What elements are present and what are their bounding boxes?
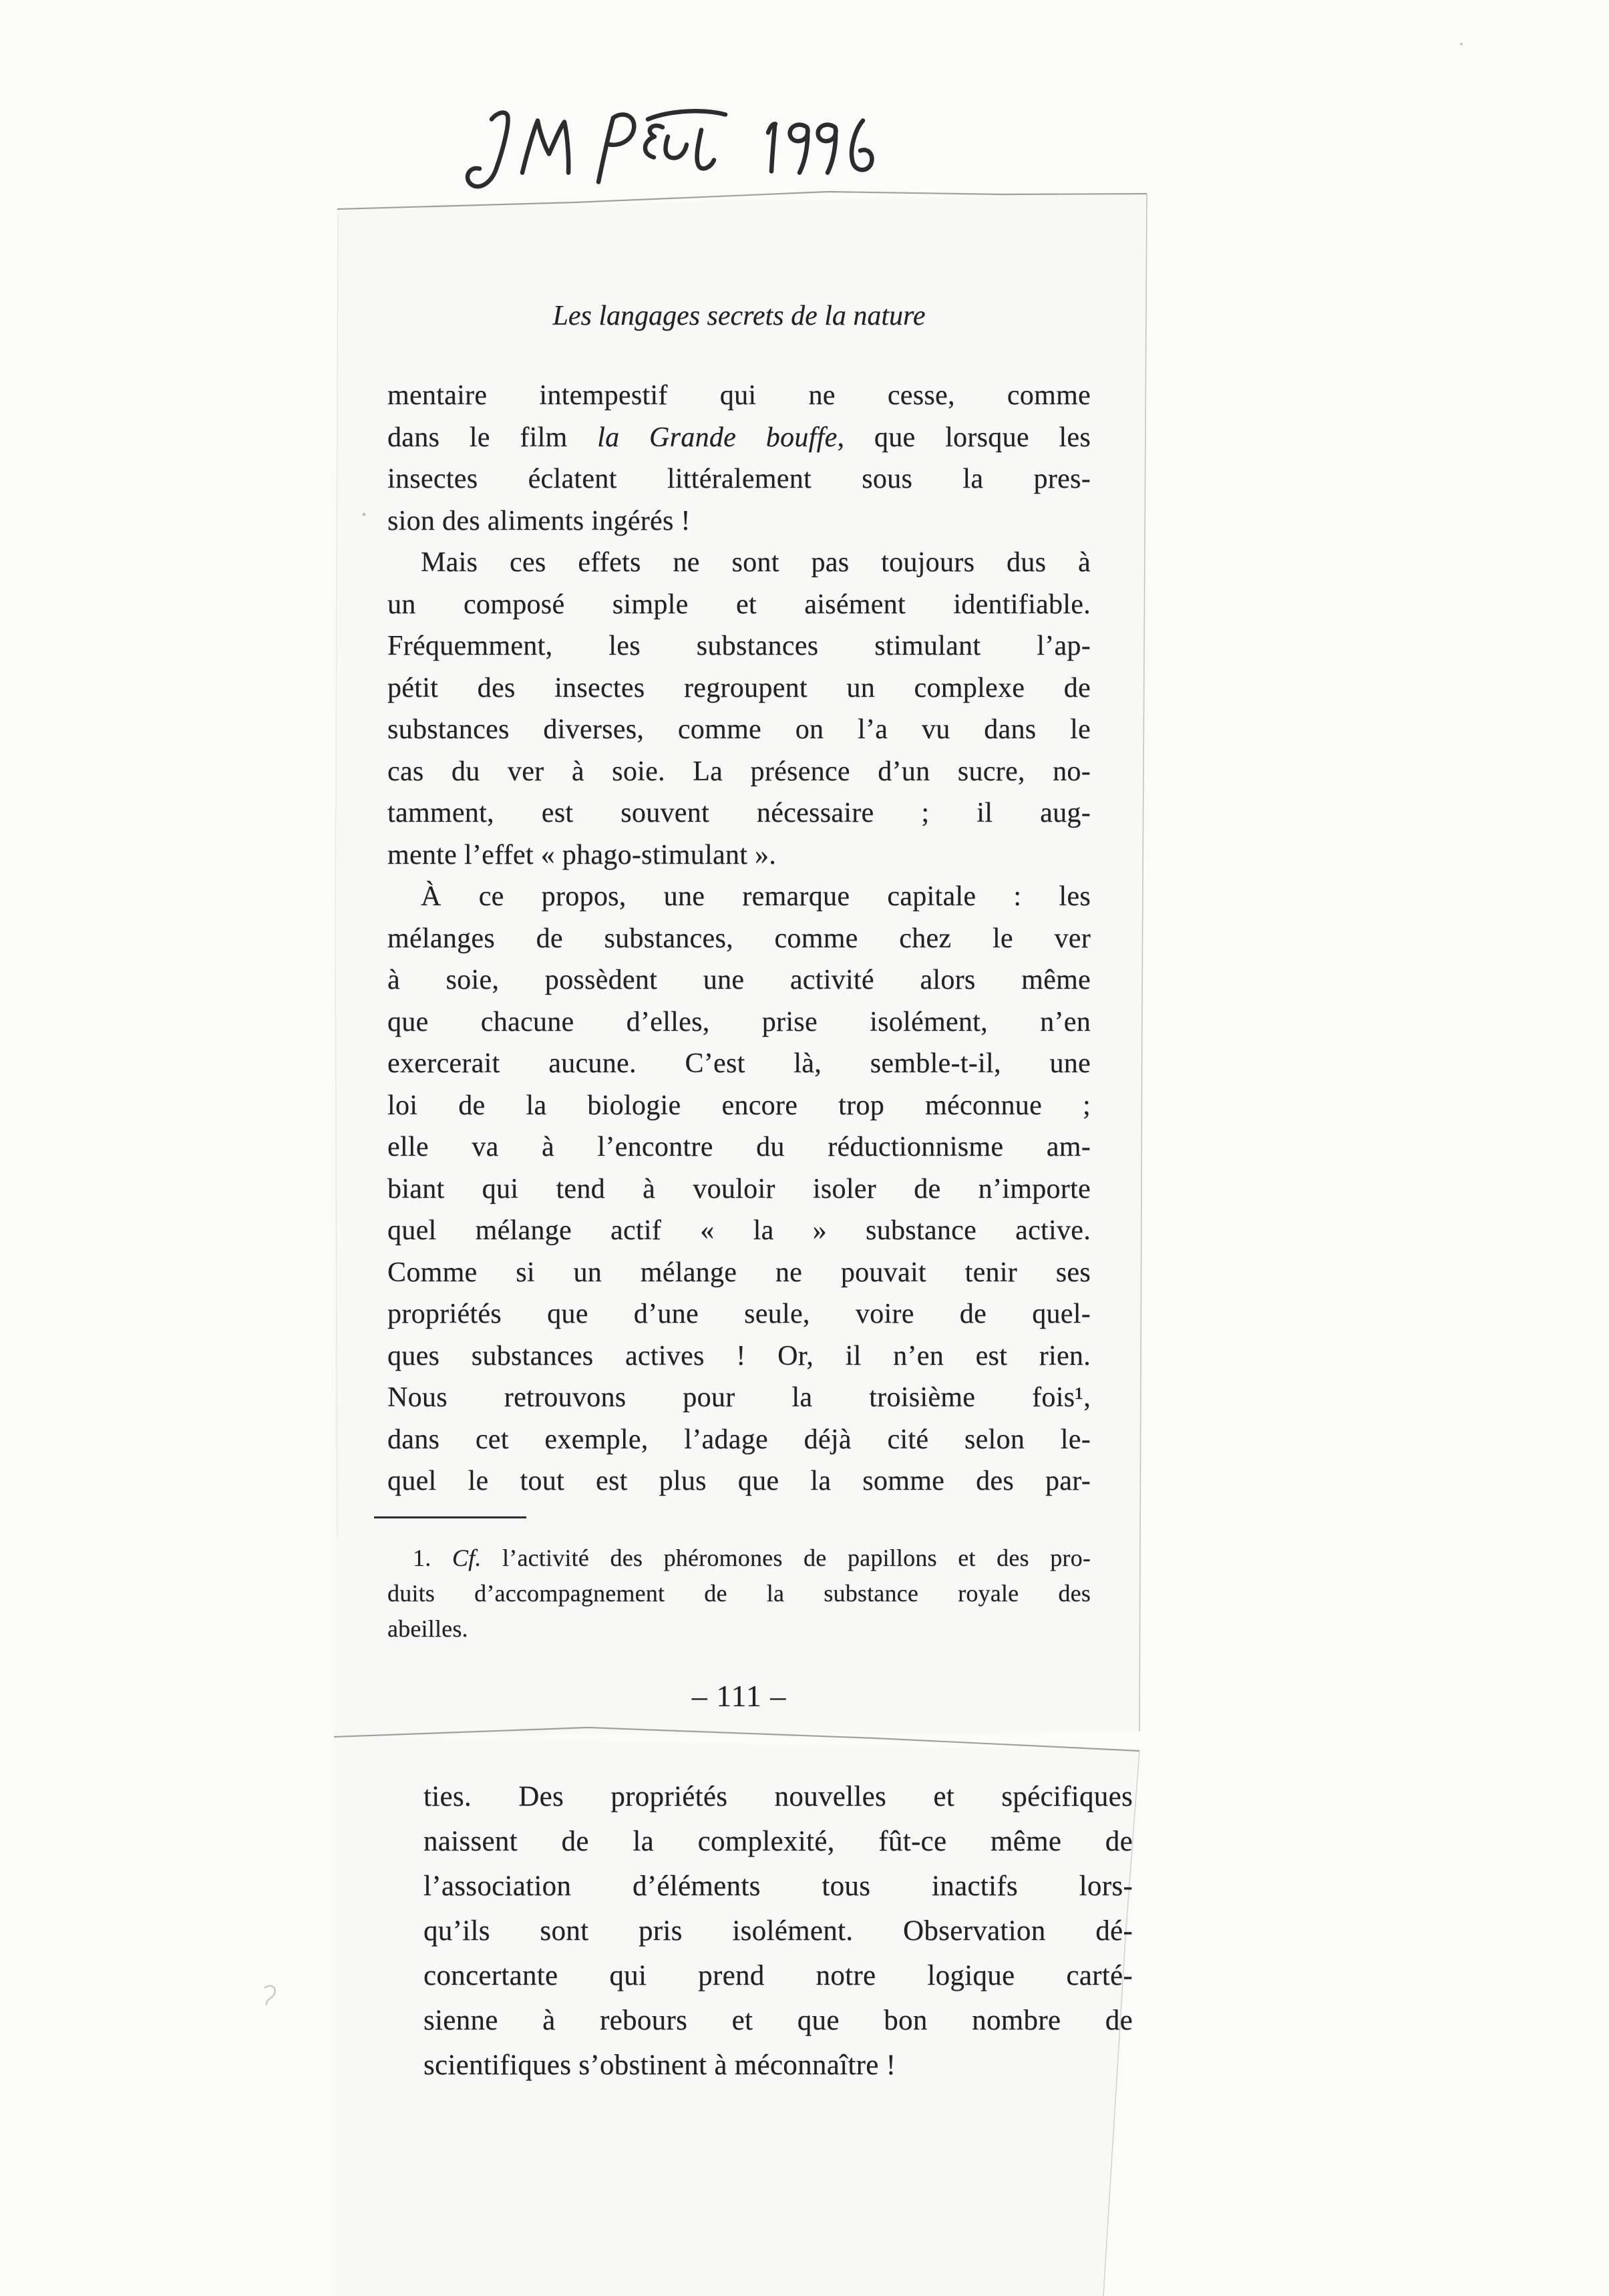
body-line: propriétés que d’une seule, voire de que… [387, 1293, 1091, 1335]
handwritten-annotation [427, 92, 895, 216]
letter-M [522, 121, 568, 173]
letter-E [645, 126, 663, 157]
body-line: Fréquemment, les substances stimulant l’… [387, 625, 1091, 667]
ink-speck [363, 513, 366, 516]
body-line: elle va à l’encontre du réductionnisme a… [387, 1126, 1091, 1168]
body-line: ques substances actives ! Or, il n’en es… [387, 1335, 1091, 1377]
digit-6 [852, 121, 872, 170]
body-line: scientifiques s’obstinent à méconnaître … [423, 2043, 1133, 2088]
body-line: dans le film la Grande bouffe, que lorsq… [387, 417, 1091, 459]
footnote: 1. Cf. l’activité des phéromones de papi… [387, 1540, 1091, 1647]
body-line: que chacune d’elles, prise isolément, n’… [387, 1001, 1091, 1043]
body-line: Mais ces effets ne sont pas toujours dus… [387, 542, 1091, 584]
digit-9 [790, 125, 808, 173]
body-line: cas du ver à soie. La présence d’un sucr… [387, 751, 1091, 793]
footnote-line: 1. Cf. l’activité des phéromones de papi… [387, 1540, 1091, 1576]
body-line: à soie, possèdent une activité alors mêm… [387, 959, 1091, 1001]
clipping-2-text: ties. Des propriétés nouvelles et spécif… [423, 1774, 1133, 2088]
body-line: Nous retrouvons pour la troisième fois¹, [387, 1377, 1091, 1419]
body-line: exercerait aucune. C’est là, semble-t-il… [387, 1043, 1091, 1085]
body-line: mentaire intempestif qui ne cesse, comme [387, 375, 1091, 417]
digit-9 [818, 125, 836, 173]
letter-T-bar [648, 111, 725, 119]
body-line: un composé simple et aisément identifiab… [387, 584, 1091, 626]
body-line: ties. Des propriétés nouvelles et spécif… [423, 1774, 1133, 1819]
body-line: concertante qui prend notre logique cart… [423, 1953, 1133, 1998]
clipping-1-text: mentaire intempestif qui ne cesse, comme… [387, 375, 1091, 1502]
scanned-page: Les langages secrets de la nature mentai… [0, 0, 1609, 2296]
body-line: pétit des insectes regroupent un complex… [387, 667, 1091, 709]
body-line: Comme si un mélange ne pouvait tenir ses [387, 1252, 1091, 1294]
body-line: sienne à rebours et que bon nombre de [423, 1998, 1133, 2043]
body-line: naissent de la complexité, fût-ce même d… [423, 1819, 1133, 1864]
body-line: l’association d’éléments tous inactifs l… [423, 1864, 1133, 1909]
letter-P [598, 115, 634, 182]
italic-cf: Cf. [452, 1544, 482, 1571]
footnote-rule [374, 1516, 526, 1518]
body-line: substances diverses, comme on l’a vu dan… [387, 709, 1091, 751]
body-line: quel mélange actif « la » substance acti… [387, 1210, 1091, 1252]
body-line: dans cet exemple, l’adage déjà cité selo… [387, 1419, 1091, 1461]
body-line: qu’ils sont pris isolément. Observation … [423, 1909, 1133, 1953]
body-line: quel le tout est plus que la somme des p… [387, 1460, 1091, 1502]
digit-1 [771, 126, 775, 172]
body-line: tamment, est souvent nécessaire ; il aug… [387, 792, 1091, 834]
letter-L [666, 137, 687, 158]
body-line: sion des aliments ingérés ! [387, 500, 1091, 542]
ink-speck [1460, 43, 1463, 45]
letter-T-stem [697, 130, 714, 169]
page-number: – 111 – [387, 1678, 1091, 1713]
body-line: mente l’effet « phago-stimulant ». [387, 834, 1091, 876]
footnote-line: abeilles. [387, 1611, 1091, 1647]
body-line: loi de la biologie encore trop méconnue … [387, 1085, 1091, 1127]
running-head: Les langages secrets de la nature [387, 299, 1091, 333]
stray-pencil-mark [264, 1986, 275, 2005]
footnote-line: duits d’accompagnement de la substance r… [387, 1576, 1091, 1611]
body-line: biant qui tend à vouloir isoler de n’imp… [387, 1168, 1091, 1210]
letter-J [468, 112, 508, 186]
body-line: À ce propos, une remarque capitale : les [387, 876, 1091, 918]
italic-film-title: la Grande bouffe [597, 422, 837, 453]
body-line: insectes éclatent littéralement sous la … [387, 458, 1091, 500]
body-line: mélanges de substances, comme chez le ve… [387, 918, 1091, 960]
